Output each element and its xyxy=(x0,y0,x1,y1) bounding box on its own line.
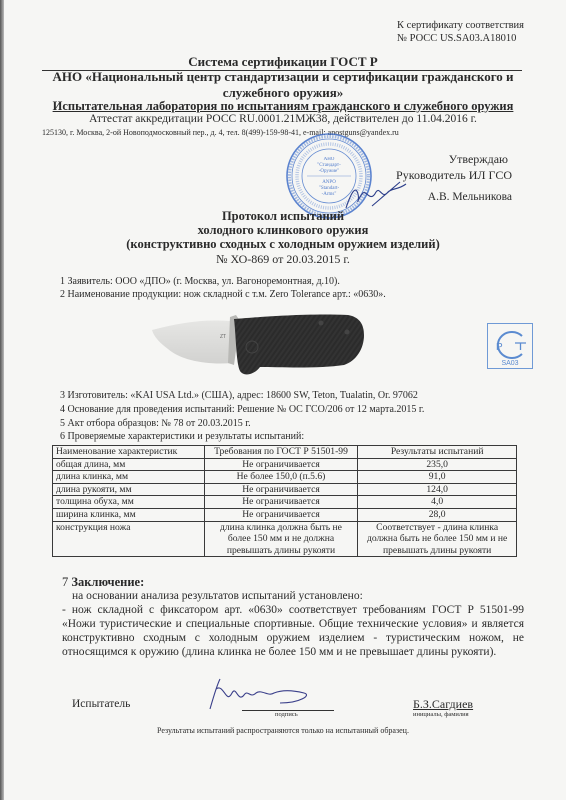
accreditation-line: Аттестат аккредитации РОСС RU.0001.21МЖ3… xyxy=(0,113,566,125)
item-sampling-act: 5 Акт отбора образцов: № 78 от 20.03.201… xyxy=(60,418,251,429)
svg-text:-Arms": -Arms" xyxy=(322,192,337,197)
column-header-characteristic: Наименование характеристик xyxy=(53,446,205,459)
cell-characteristic: общая длина, мм xyxy=(53,458,205,471)
column-header-requirements: Требования по ГОСТ Р 51501-99 xyxy=(204,446,358,459)
svg-text:SA03: SA03 xyxy=(501,360,518,367)
item-product: 2 Наименование продукции: нож складной с… xyxy=(60,289,386,300)
certificate-ref-number: № РОСС US.SA03.A18010 xyxy=(397,32,524,45)
table-header-row: Наименование характеристик Требования по… xyxy=(53,446,517,459)
svg-text:ANPO: ANPO xyxy=(322,180,336,185)
cell-result: 91,0 xyxy=(358,471,517,484)
item-basis: 4 Основание для проведения испытаний: Ре… xyxy=(60,404,424,415)
conclusion-intro: на основании анализа результатов испытан… xyxy=(72,590,363,602)
item-checked-characteristics: 6 Проверяемые характеристики и результат… xyxy=(60,431,304,442)
results-table: Наименование характеристик Требования по… xyxy=(52,445,517,557)
cell-characteristic: толщина обуха, мм xyxy=(53,496,205,509)
protocol-number: № ХО-869 от 20.03.2015 г. xyxy=(0,252,566,267)
cell-result: 28,0 xyxy=(358,508,517,521)
rst-conformity-mark: P SA03 xyxy=(487,323,533,369)
column-header-results: Результаты испытаний xyxy=(358,446,517,459)
cell-characteristic: конструкция ножа xyxy=(53,521,205,557)
tester-label: Испытатель xyxy=(72,698,130,710)
svg-text:"Стандарт-: "Стандарт- xyxy=(317,163,341,168)
cell-requirement: Не ограничивается xyxy=(204,496,358,509)
footer-note: Результаты испытаний распространяются то… xyxy=(0,726,566,735)
item-applicant: 1 Заявитель: ООО «ДПО» (г. Москва, ул. В… xyxy=(60,276,340,287)
svg-text:P: P xyxy=(496,342,503,353)
certificate-reference: К сертификату соответствия № РОСС US.SA0… xyxy=(397,19,524,45)
cell-result: Соответствует - длина клинка должна быть… xyxy=(358,521,517,557)
protocol-subtitle: холодного клинкового оружия xyxy=(0,223,566,238)
table-row: длина клинка, ммНе более 150,0 (п.5.6)91… xyxy=(53,471,517,484)
cell-requirement: Не ограничивается xyxy=(204,483,358,496)
certification-system-title: Система сертификации ГОСТ Р xyxy=(0,54,566,70)
cell-requirement: Не ограничивается xyxy=(204,508,358,521)
table-row: конструкция ножадлина клинка должна быть… xyxy=(53,521,517,557)
tester-signature-icon xyxy=(200,675,340,715)
cell-result: 4,0 xyxy=(358,496,517,509)
svg-text:АНО: АНО xyxy=(324,157,335,162)
knife-photo: ZT xyxy=(148,305,388,385)
conclusion-body: - нож складной с фиксатором арт. «0630» … xyxy=(62,603,524,659)
table-row: ширина клинка, ммНе ограничивается28,0 xyxy=(53,508,517,521)
certificate-ref-line1: К сертификату соответствия xyxy=(397,19,524,32)
cell-requirement: длина клинка должна быть не более 150 мм… xyxy=(204,521,358,557)
table-row: общая длина, ммНе ограничивается235,0 xyxy=(53,458,517,471)
conclusion-heading: 7 Заключение: xyxy=(62,575,144,590)
table-row: длина рукояти, ммНе ограничивается124,0 xyxy=(53,483,517,496)
cell-characteristic: длина клинка, мм xyxy=(53,471,205,484)
cell-result: 124,0 xyxy=(358,483,517,496)
cell-requirement: Не ограничивается xyxy=(204,458,358,471)
signature-caption: подпись xyxy=(275,711,298,718)
svg-text:"Standart-: "Standart- xyxy=(319,186,340,191)
rst-logo-icon: P SA03 xyxy=(488,324,532,368)
item-manufacturer: 3 Изготовитель: «KAI USA Ltd.» (США), ад… xyxy=(60,390,418,401)
svg-text:ZT: ZT xyxy=(220,334,226,340)
cell-requirement: Не более 150,0 (п.5.6) xyxy=(204,471,358,484)
laboratory-name: Испытательная лаборатория по испытаниям … xyxy=(0,99,566,114)
cell-characteristic: длина рукояти, мм xyxy=(53,483,205,496)
organization-name-line1: АНО «Национальный центр стандартизации и… xyxy=(0,69,566,85)
table-row: толщина обуха, ммНе ограничивается4,0 xyxy=(53,496,517,509)
tester-name: Б.З.Сагдиев xyxy=(413,697,473,712)
protocol-subtitle-2: (конструктивно сходных с холодным оружие… xyxy=(0,237,566,252)
svg-text:-Оружие": -Оружие" xyxy=(319,169,340,174)
tester-name-caption: инициалы, фамилия xyxy=(413,711,469,718)
cell-result: 235,0 xyxy=(358,458,517,471)
approval-label: Утверждаю xyxy=(449,152,508,167)
approver-signature-icon xyxy=(342,180,417,212)
approver-name: А.В. Мельникова xyxy=(428,191,512,203)
protocol-title: Протокол испытаний xyxy=(0,209,566,224)
cell-characteristic: ширина клинка, мм xyxy=(53,508,205,521)
